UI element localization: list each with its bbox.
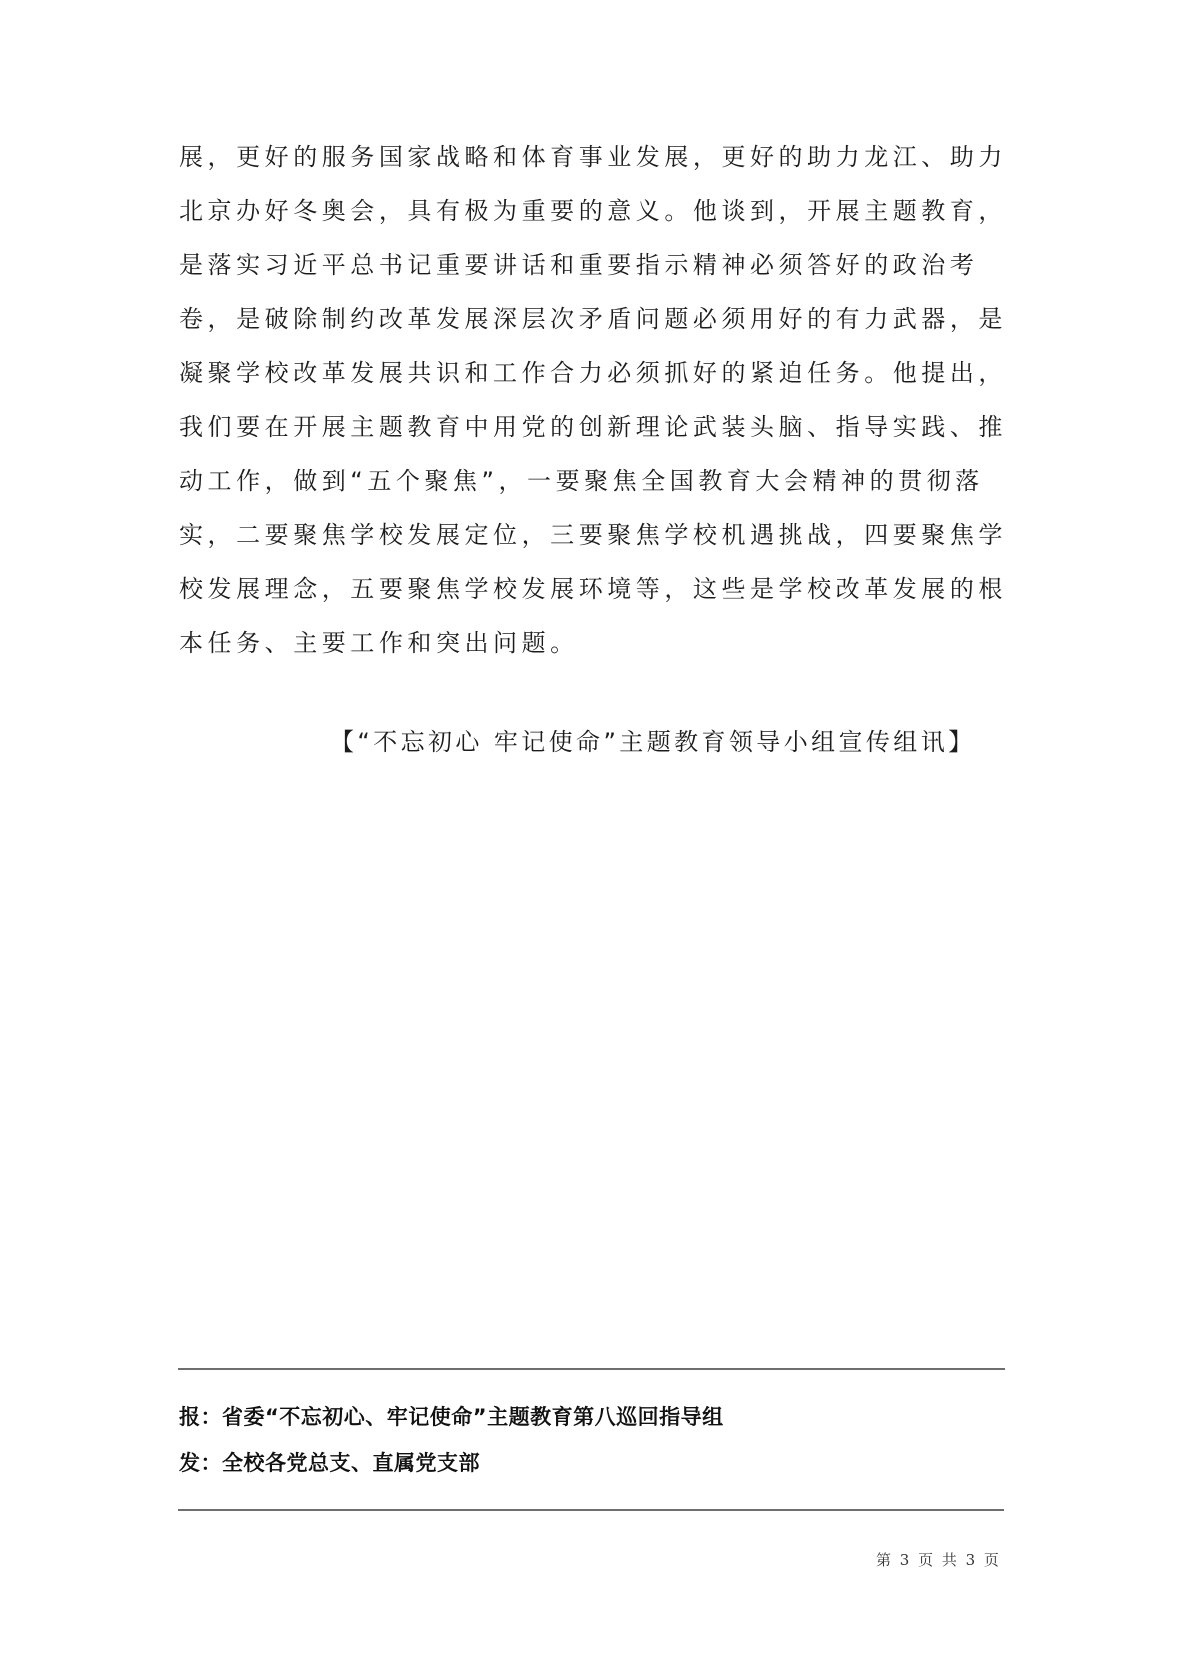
bottom-divider xyxy=(178,1509,1004,1511)
body-line: 实，二要聚焦学校发展定位，三要聚焦学校机遇挑战，四要聚焦学 xyxy=(179,514,1019,568)
news-source-signature: 【“不忘初心 牢记使命”主题教育领导小组宣传组讯】 xyxy=(330,724,976,760)
body-paragraph: 展，更好的服务国家战略和体育事业发展，更好的助力龙江、助力 北京办好冬奥会，具有… xyxy=(179,136,1019,676)
document-page: 展，更好的服务国家战略和体育事业发展，更好的助力龙江、助力 北京办好冬奥会，具有… xyxy=(0,0,1187,1680)
body-line: 北京办好冬奥会，具有极为重要的意义。他谈到，开展主题教育， xyxy=(179,190,1019,244)
page-number: 第 3 页 共 3 页 xyxy=(876,1549,1001,1571)
body-line: 我们要在开展主题教育中用党的创新理论武装头脑、指导实践、推 xyxy=(179,406,1019,460)
send-to-line: 发：全校各党总支、直属党支部 xyxy=(179,1448,480,1478)
body-line: 动工作，做到“五个聚焦”，一要聚焦全国教育大会精神的贯彻落 xyxy=(179,460,1019,514)
body-line: 是落实习近平总书记重要讲话和重要指示精神必须答好的政治考 xyxy=(179,244,1019,298)
body-line: 校发展理念，五要聚焦学校发展环境等，这些是学校改革发展的根 xyxy=(179,568,1019,622)
body-line: 凝聚学校改革发展共识和工作合力必须抓好的紧迫任务。他提出， xyxy=(179,352,1019,406)
top-divider xyxy=(178,1368,1005,1370)
body-line: 本任务、主要工作和突出问题。 xyxy=(179,622,1019,676)
body-line: 展，更好的服务国家战略和体育事业发展，更好的助力龙江、助力 xyxy=(179,136,1019,190)
body-line: 卷，是破除制约改革发展深层次矛盾问题必须用好的有力武器，是 xyxy=(179,298,1019,352)
report-to-line: 报：省委“不忘初心、牢记使命”主题教育第八巡回指导组 xyxy=(179,1402,724,1432)
